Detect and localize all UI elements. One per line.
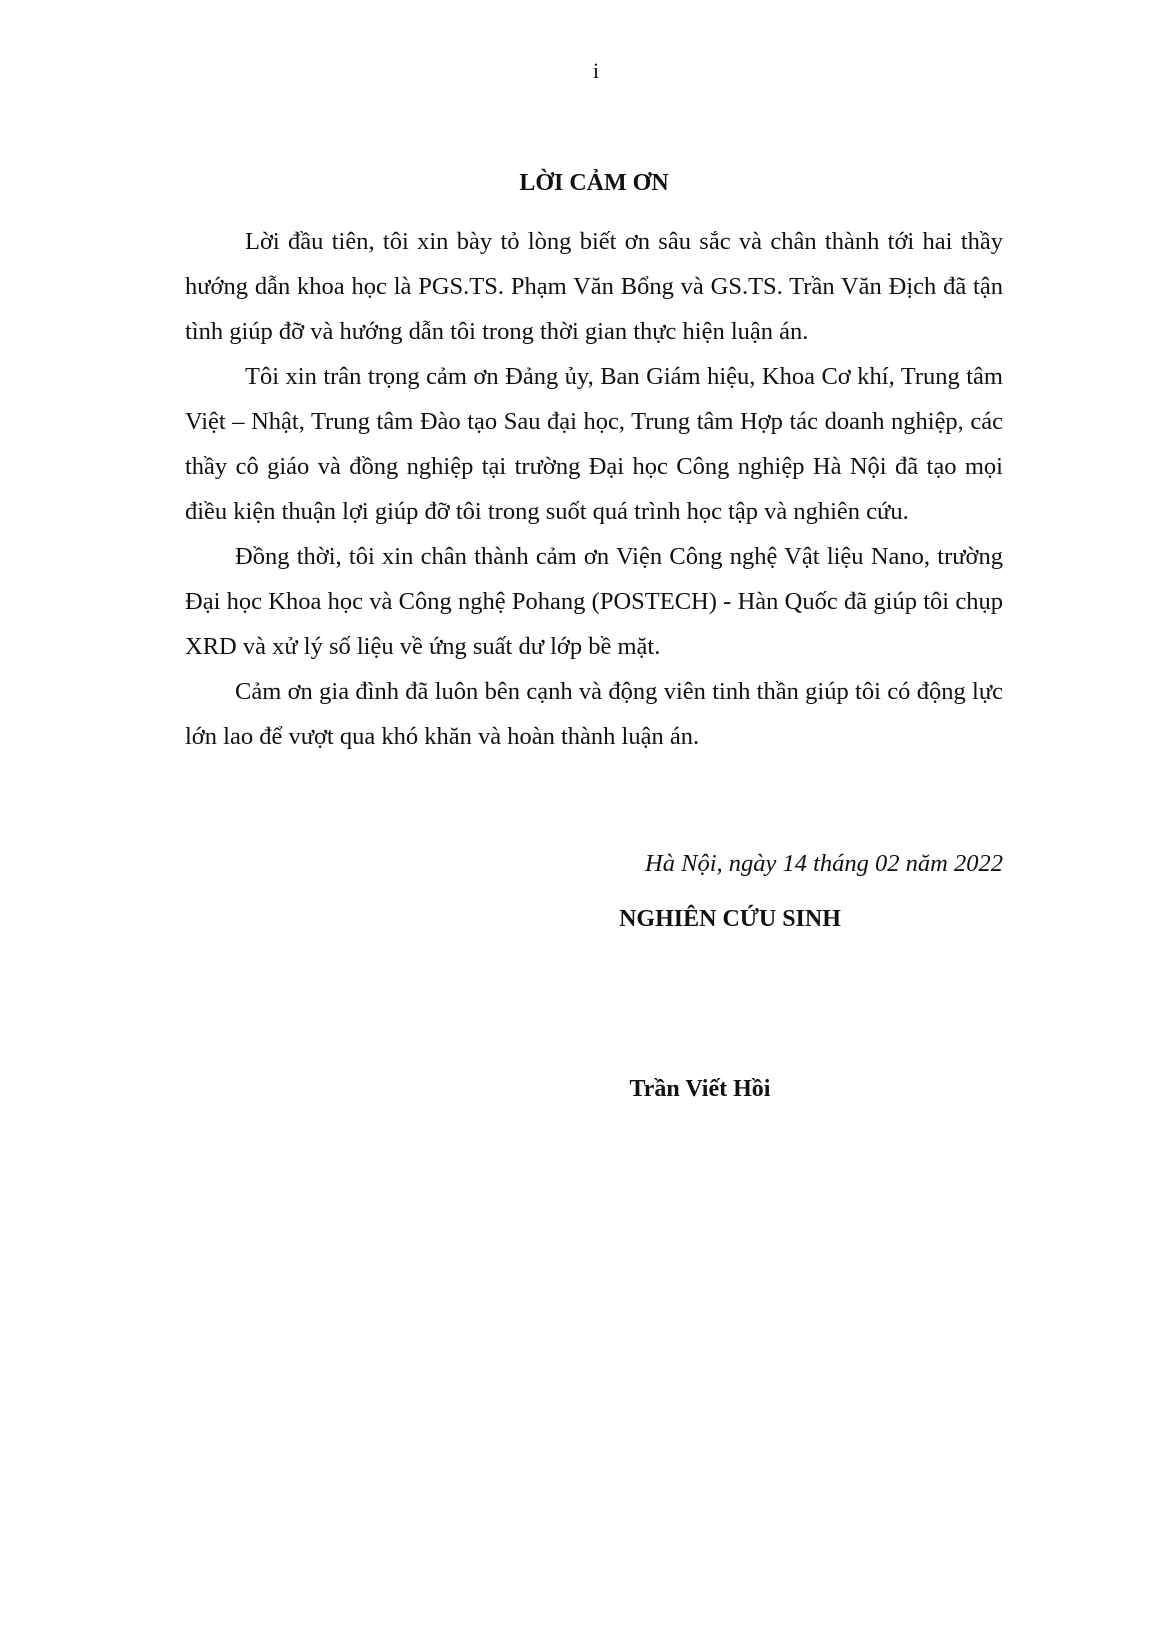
paragraph: Cảm ơn gia đình đã luôn bên cạnh và động…	[185, 669, 1003, 759]
page-number: i	[17, 58, 1158, 84]
signer-role: NGHIÊN CỨU SINH	[500, 906, 960, 933]
paragraph: Tôi xin trân trọng cảm ơn Đảng ủy, Ban G…	[185, 354, 1003, 534]
acknowledgement-body: Lời đầu tiên, tôi xin bày tỏ lòng biết ơ…	[185, 219, 1003, 759]
page-title: LỜI CẢM ƠN	[185, 170, 1003, 197]
paragraph: Lời đầu tiên, tôi xin bày tỏ lòng biết ơ…	[185, 219, 1003, 354]
paragraph: Đồng thời, tôi xin chân thành cảm ơn Việ…	[185, 534, 1003, 669]
signer-name: Trần Viết Hồi	[470, 1076, 930, 1103]
place-date: Hà Nội, ngày 14 tháng 02 năm 2022	[500, 850, 1003, 878]
